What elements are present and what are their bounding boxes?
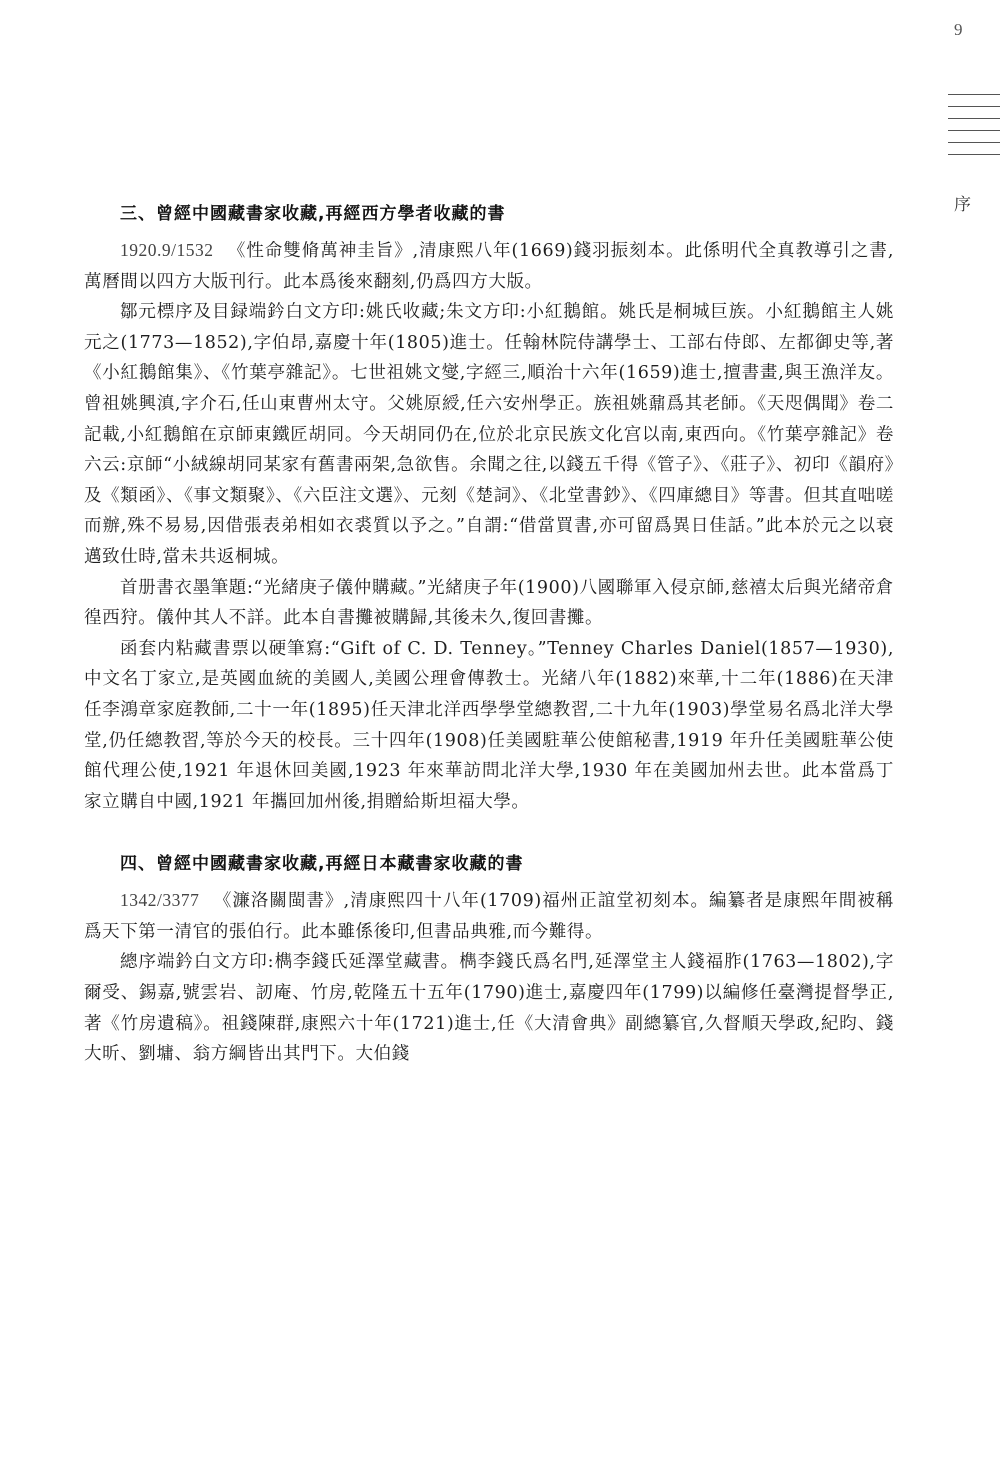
section-title: 四、曾經中國藏書家收藏,再經日本藏書家收藏的書 [120, 849, 894, 879]
section-title: 三、曾經中國藏書家收藏,再經西方學者收藏的書 [120, 199, 894, 229]
page-number: 9 [954, 20, 963, 40]
section-spacer [84, 817, 894, 849]
page-content: 三、曾經中國藏書家收藏,再經西方學者收藏的書 1920.9/1532《性命雙脩萬… [84, 199, 894, 1070]
paragraph-catalog-entry: 1342/3377《濂洛關閩書》,清康熙四十八年(1709)福州正誼堂初刻本。編… [84, 885, 894, 947]
call-number: 1342/3377 [120, 890, 199, 910]
paragraph: 函套内粘藏書票以硬筆寫:“Gift of C. D. Tenney。”Tenne… [84, 634, 894, 818]
rule-line [948, 154, 1000, 155]
rule-line [948, 94, 1000, 95]
header-rules [948, 94, 1000, 166]
paragraph: 總序端鈐白文方印:檇李錢氏延澤堂藏書。檇李錢氏爲名門,延澤堂主人錢福胙(1763… [84, 947, 894, 1069]
rule-line [948, 142, 1000, 143]
section-western-scholars: 三、曾經中國藏書家收藏,再經西方學者收藏的書 1920.9/1532《性命雙脩萬… [84, 199, 894, 817]
rule-line [948, 106, 1000, 107]
paragraph-catalog-entry: 1920.9/1532《性命雙脩萬神圭旨》,清康熙八年(1669)錢羽振刻本。此… [84, 235, 894, 297]
paragraph-text: 《濂洛關閩書》,清康熙四十八年(1709)福州正誼堂初刻本。編纂者是康熙年間被稱… [84, 891, 894, 942]
section-japanese-collectors: 四、曾經中國藏書家收藏,再經日本藏書家收藏的書 1342/3377《濂洛關閩書》… [84, 849, 894, 1070]
rule-line [948, 118, 1000, 119]
call-number: 1920.9/1532 [120, 240, 214, 260]
side-label: 序 [954, 190, 971, 215]
paragraph: 鄒元標序及目録端鈐白文方印:姚氏收藏;朱文方印:小紅鵝館。姚氏是桐城巨族。小紅鵝… [84, 297, 894, 572]
paragraph: 首册書衣墨筆題:“光緒庚子儀仲購藏。”光緒庚子年(1900)八國聯軍入侵京師,慈… [84, 573, 894, 634]
rule-line [948, 130, 1000, 131]
